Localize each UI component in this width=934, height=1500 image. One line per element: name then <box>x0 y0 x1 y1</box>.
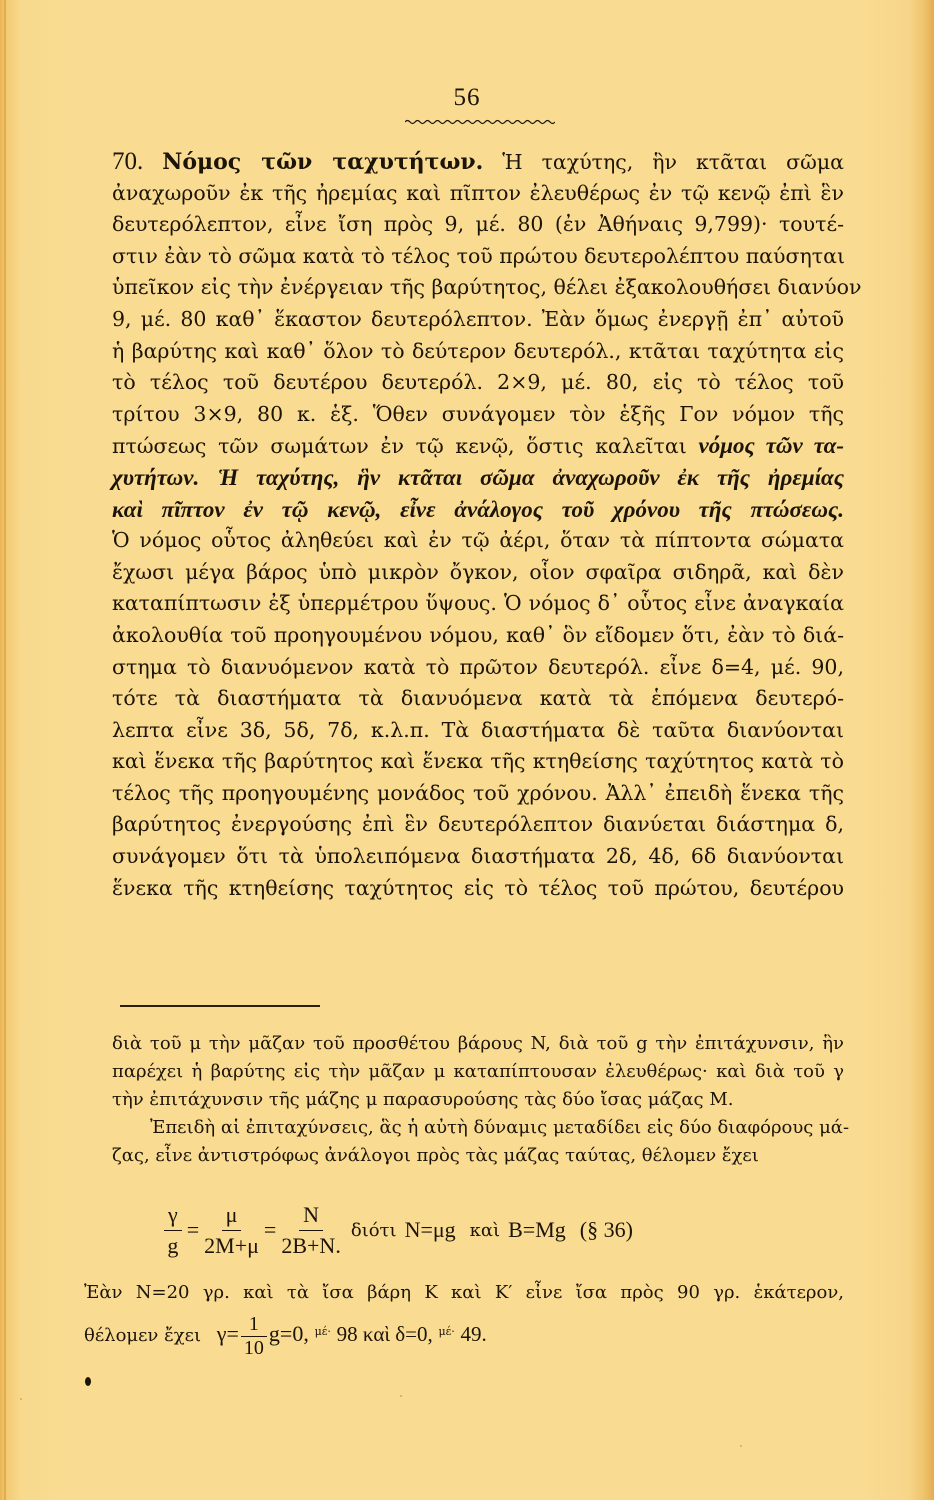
page-number: 56 <box>0 84 934 112</box>
law-statement-cont: καὶ πῖπτον ἐν τῷ κενῷ, εἶνε ἀνάλογος τοῦ… <box>112 494 844 526</box>
page-edge <box>4 0 6 1500</box>
ink-dot <box>85 1377 91 1386</box>
text-line: στιν ἐὰν τὸ σῶμα κατὰ τὸ τέλος τοῦ πρώτο… <box>112 241 844 273</box>
paper-speck <box>20 1398 22 1400</box>
text-line: δευτερόλεπτον, εἶνε ἴση πρὸς 9, μέ. 80 (… <box>112 209 844 241</box>
example-line: Ἐὰν N=20 γρ. καὶ τὰ ἴσα βάρη K καὶ K′ εἶ… <box>84 1278 844 1308</box>
fraction: 110 <box>241 1313 267 1359</box>
text-line: συνάγομεν ὅτι τὰ ὑπολειπόμενα διαστήματα… <box>112 841 844 873</box>
section-number: 70. <box>112 148 143 175</box>
numeric-example: Ἐὰν N=20 γρ. καὶ τὰ ἴσα βάρη K καὶ K′ εἶ… <box>84 1278 844 1356</box>
paper-speck <box>400 1395 402 1397</box>
text-line: πτώσεως τῶν σωμάτων ἐν τῷ κενῷ, ὅστις κα… <box>112 430 844 462</box>
footnote-separator <box>120 1005 320 1007</box>
footnote-line: τὴν ἐπιτάχυνσιν τῆς μάζης μ παρασυρούσης… <box>112 1086 844 1114</box>
footnote-line: διὰ τοῦ μ τὴν μᾶζαν τοῦ προσθέτου βάρους… <box>112 1030 844 1058</box>
footnote: διὰ τοῦ μ τὴν μᾶζαν τοῦ προσθέτου βάρους… <box>112 1030 844 1170</box>
text-line: τέλος τῆς προηγουμένης μονάδος τοῦ χρόνο… <box>112 778 844 810</box>
text-line: τὸ τέλος τοῦ δευτέρου δευτερόλ. 2×9, μέ.… <box>112 367 844 399</box>
text-line: ἔχωσι μέγα βάρος ὑπὸ μικρὸν ὄγκον, οἷον … <box>112 557 844 589</box>
text-line: ἀναχωροῦν ἐκ τῆς ἠρεμίας καὶ πῖπτον ἐλευ… <box>112 178 844 210</box>
text-line: καταπίπτωσιν ἐξ ὑπερμέτρου ὕψους. Ὁ νόμο… <box>112 588 844 620</box>
paper-speck <box>740 1445 742 1447</box>
text-line: ἕνεκα τῆς κτηθείσης ταχύτητος εἰς τὸ τέλ… <box>112 873 844 905</box>
law-name-emphasis: νόμος τῶν τα- <box>698 433 844 458</box>
fraction: γ g <box>164 1202 182 1259</box>
footnote-line: Ἐπειδὴ αἱ ἐπιταχύνσεις, ἃς ἡ αὐτὴ δύναμι… <box>112 1114 844 1142</box>
book-page: 56 70. Νόμος τῶν ταχυτήτων. Ἡ ταχύτης, ἣ… <box>0 0 934 1500</box>
fraction: μ 2M+μ <box>204 1202 259 1259</box>
fraction: N 2B+N. <box>281 1202 340 1259</box>
law-statement: Ἡ ταχύτης, ἣν κτᾶται σῶμα ἀναχωροῦν ἐκ τ… <box>218 465 844 490</box>
text-line: 70. Νόμος τῶν ταχυτήτων. Ἡ ταχύτης, ἣν κ… <box>112 146 844 178</box>
section-heading: Νόμος τῶν ταχυτήτων. <box>162 149 483 175</box>
text-line: στημα τὸ διανυόμενον κατὰ τὸ πρῶτον δευτ… <box>112 652 844 684</box>
wavy-rule-ornament <box>405 118 555 126</box>
text-line: ἀκολουθία τοῦ προηγουμένου νόμου, καθ᾽ ὃ… <box>112 620 844 652</box>
text-line: τότε τὰ διαστήματα τὰ διανυόμενα κατὰ τὰ… <box>112 683 844 715</box>
text-line: 9, μέ. 80 καθ᾽ ἕκαστον δευτερόλεπτον. Ἐὰ… <box>112 304 844 336</box>
text-line: τρίτου 3×9, 80 κ. ἑξ. Ὅθεν συνάγομεν τὸν… <box>112 399 844 431</box>
text-line: καὶ ἕνεκα τῆς βαρύτητος καὶ ἕνεκα τῆς κτ… <box>112 746 844 778</box>
text-line: Ὁ νόμος οὗτος ἀληθεύει καὶ ἐν τῷ ἀέρι, ὅ… <box>112 525 844 557</box>
footnote-line: ζας, εἶνε ἀντιστρόφως ἀνάλογοι πρὸς τὰς … <box>112 1142 844 1170</box>
example-line: θέλομεν ἔχει γ=110g=0, μέ· 98 καὶ δ=0, μ… <box>84 1308 844 1356</box>
acceleration-formula: γ g = μ 2M+μ = N 2B+N. διότι N=μg καὶ B=… <box>162 1195 633 1265</box>
text-line: λεπτα εἶνε 3δ, 5δ, 7δ, κ.λ.π. Τὰ διαστήμ… <box>112 715 844 747</box>
text-line: χυτήτων. Ἡ ταχύτης, ἣν κτᾶται σῶμα ἀναχω… <box>112 462 844 494</box>
footnote-line: παρέχει ἡ βαρύτης εἰς τὴν μᾶζαν μ καταπί… <box>112 1058 844 1086</box>
text-line: ὑπεῖκον εἰς τὴν ἐνέργειαν τῆς βαρύτητος,… <box>112 272 844 304</box>
text-line: βαρύτητος ἐνεργούσης ἐπὶ ἓν δευτερόλεπτο… <box>112 809 844 841</box>
main-text: 70. Νόμος τῶν ταχυτήτων. Ἡ ταχύτης, ἣν κ… <box>112 146 844 904</box>
text-line: ἡ βαρύτης καὶ καθ᾽ ὅλον τὸ δεύτερον δευτ… <box>112 336 844 368</box>
